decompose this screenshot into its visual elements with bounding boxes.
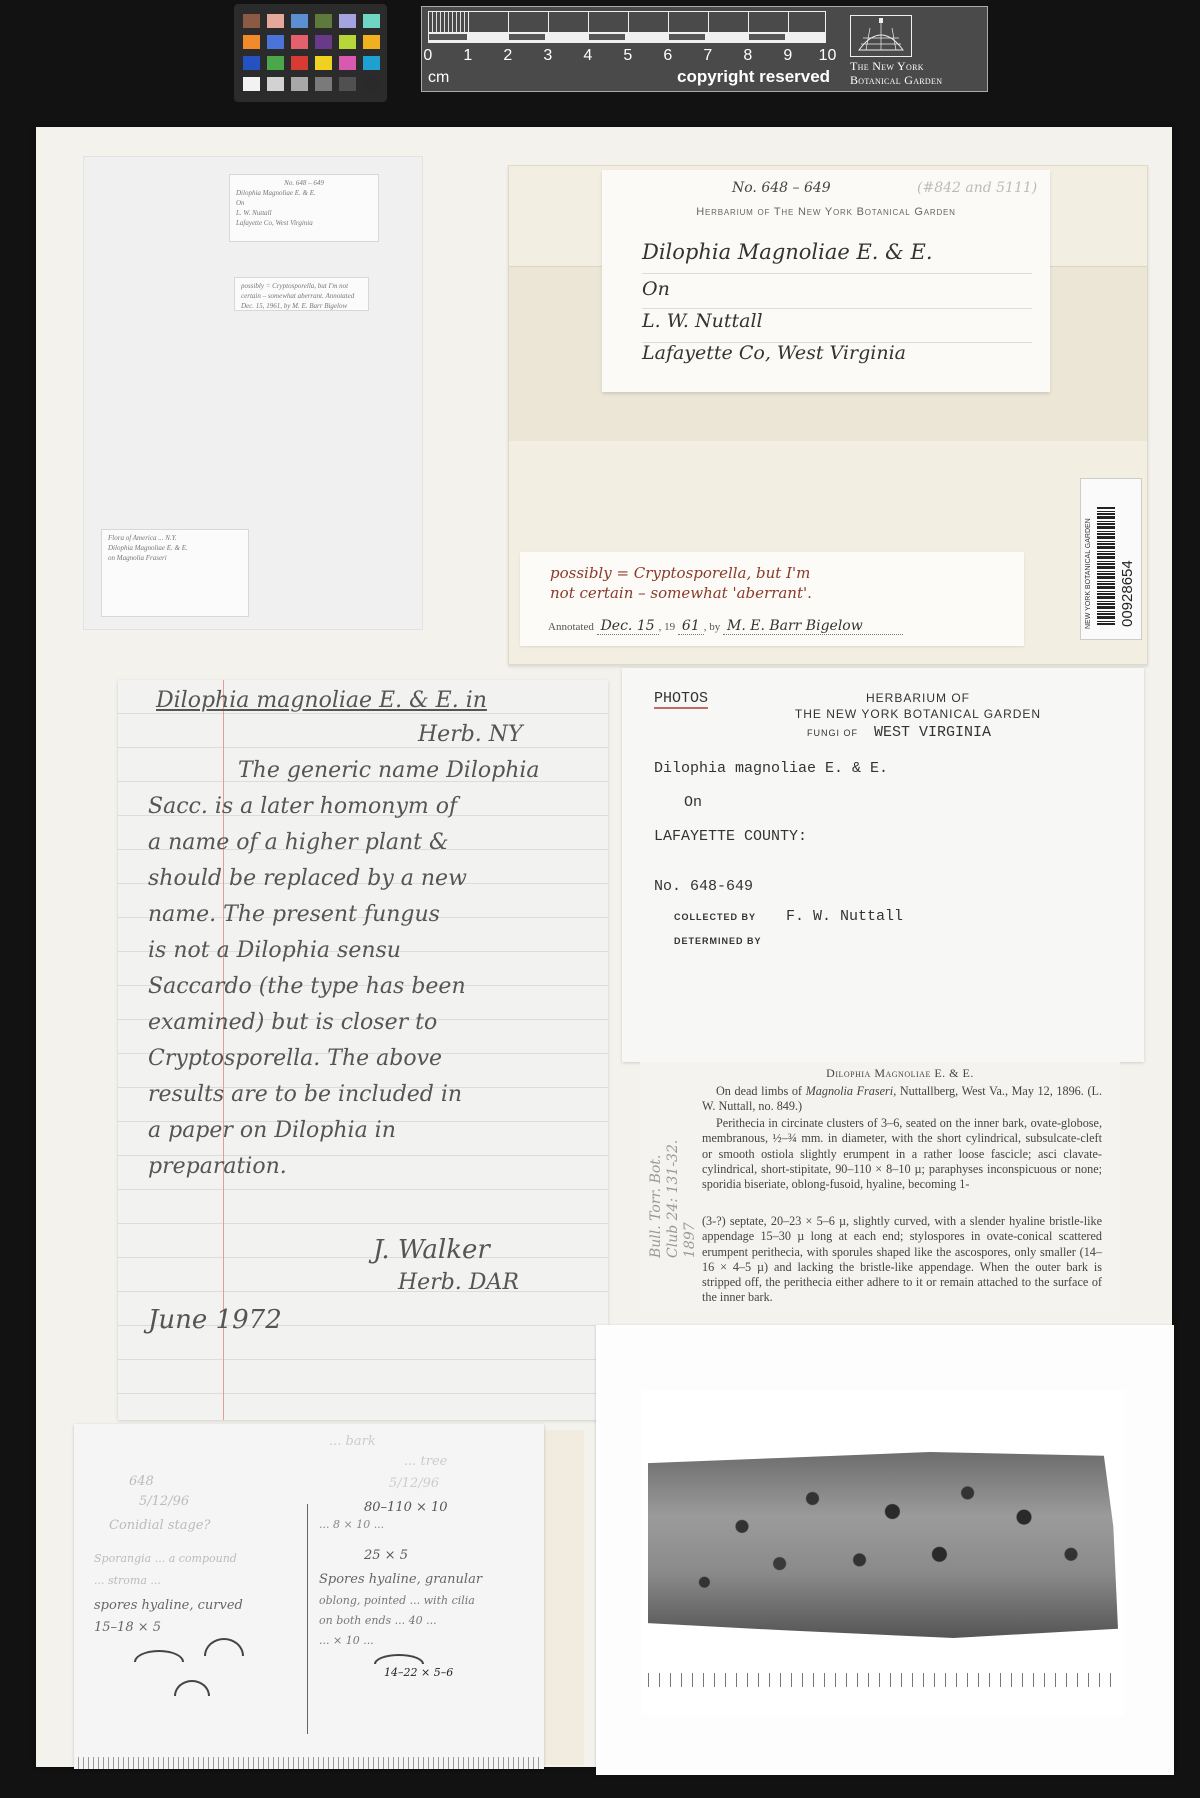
color-swatch — [315, 77, 332, 91]
packet-label: No. 648 – 649 (#842 and 5111) Herbarium … — [602, 170, 1050, 392]
color-swatch — [363, 77, 380, 91]
collection-number-typed: No. 648-649 — [654, 878, 753, 895]
color-swatch — [339, 77, 356, 91]
substrate-on-typed: On — [684, 794, 702, 811]
color-swatch — [267, 56, 284, 70]
packet-photo: No. 648 – 649 Dilophia Magnoliae E. & E.… — [83, 156, 423, 630]
signature: J. Walker — [373, 1235, 490, 1265]
color-swatch — [267, 35, 284, 49]
barcode-org: NEW YORK BOTANICAL GARDEN — [1085, 518, 1092, 629]
color-swatch — [267, 14, 284, 28]
annotation-year: 61 — [678, 618, 704, 635]
handwritten-note: Dilophia magnoliae E. & E. in Herb. NY T… — [118, 680, 608, 1420]
annotation-footer: Annotated Dec. 15, 19 61, by M. E. Barr … — [548, 618, 903, 634]
institution-name: The New York Botanical Garden — [850, 59, 942, 87]
fungi-of-label: FUNGI OF — [807, 728, 858, 738]
bark-specimen-photo — [642, 1390, 1124, 1715]
bark-image — [648, 1452, 1118, 1638]
annotation-line-2: not certain – somewhat 'aberrant'. — [550, 584, 812, 602]
state-name: WEST VIRGINIA — [874, 724, 991, 741]
color-swatch — [339, 35, 356, 49]
color-swatch — [291, 56, 308, 70]
annotation-line-1: possibly = Cryptosporella, but I'm — [550, 564, 810, 582]
color-swatch — [363, 56, 380, 70]
substrate-on: On — [642, 278, 670, 300]
color-swatch — [243, 14, 260, 28]
color-swatch — [315, 14, 332, 28]
color-swatch — [291, 77, 308, 91]
description-title: Dilophia Magnoliae E. & E. — [700, 1066, 1100, 1081]
scale-ruler: 0 1 2 3 4 5 6 7 8 9 10 cm copyright rese… — [421, 6, 988, 92]
color-swatch — [243, 56, 260, 70]
collection-number-alt: (#842 and 5111) — [917, 180, 1037, 196]
published-description: Bull. Torr. Bot. Club 24: 131-32. 1897 D… — [640, 1062, 1120, 1312]
ruler-bar — [428, 11, 826, 43]
photo-scale-bar — [78, 1757, 540, 1769]
locality: Lafayette Co, West Virginia — [642, 342, 906, 364]
color-swatch — [243, 35, 260, 49]
barcode-number: 00928654 — [1119, 560, 1136, 627]
barcode-label: NEW YORK BOTANICAL GARDEN 00928654 — [1080, 478, 1142, 640]
mini-bottom-label: Flora of America ... N.Y. Dilophia Magno… — [101, 529, 249, 617]
color-swatch — [315, 35, 332, 49]
county: LAFAYETTE COUNTY: — [654, 828, 807, 845]
collected-by-label: COLLECTED BY — [674, 912, 756, 922]
description-para-1: On dead limbs of Magnolia Fraseri, Nutta… — [702, 1084, 1102, 1115]
color-swatch — [291, 14, 308, 28]
citation-handnote: Bull. Torr. Bot. Club 24: 131-32. 1897 — [648, 1140, 699, 1258]
signature-affiliation: Herb. DAR — [398, 1270, 519, 1295]
collector-typed: F. W. Nuttall — [786, 908, 903, 925]
color-swatch — [291, 35, 308, 49]
herbarium-header: HERBARIUM OF THE NEW YORK BOTANICAL GARD… — [622, 690, 1144, 722]
determined-by-label: DETERMINED BY — [674, 936, 762, 946]
color-swatch — [339, 14, 356, 28]
color-swatch — [339, 56, 356, 70]
annotator-name: M. E. Barr Bigelow — [723, 618, 903, 635]
species-name-typed: Dilophia magnoliae E. & E. — [654, 760, 888, 777]
ruler-unit: cm — [428, 69, 449, 87]
color-swatch — [363, 14, 380, 28]
color-swatch — [267, 77, 284, 91]
collection-number: No. 648 – 649 — [732, 180, 831, 196]
species-name: Dilophia Magnoliae E. & E. — [642, 240, 933, 264]
label-header: Herbarium of The New York Botanical Gard… — [602, 206, 1050, 218]
ruler-numbers: 0 1 2 3 4 5 6 7 8 9 10 — [426, 47, 836, 67]
typed-determination-label: PHOTOS HERBARIUM OF THE NEW YORK BOTANIC… — [622, 668, 1144, 1062]
color-swatch — [363, 35, 380, 49]
annotation-date: Dec. 15 — [597, 618, 659, 635]
photo-scale-ticks — [648, 1673, 1118, 1687]
color-swatch — [243, 77, 260, 91]
mini-annotation-label: possibly = Cryptosporella, but I'm not c… — [234, 277, 369, 311]
collector-name: L. W. Nuttall — [642, 310, 763, 332]
barcode-icon — [1097, 507, 1115, 625]
drawings-photo: 648 5/12/96 Conidial stage? Sporangia ..… — [74, 1424, 544, 1769]
description-para-3: (3-?) septate, 20–23 × 5–6 µ, slightly c… — [702, 1214, 1102, 1306]
annotation-label: possibly = Cryptosporella, but I'm not c… — [520, 552, 1024, 646]
color-checker — [234, 4, 387, 102]
letter-date: June 1972 — [148, 1305, 282, 1335]
conservatory-dome-icon — [850, 15, 912, 57]
description-para-2: Perithecia in circinate clusters of 3–6,… — [702, 1116, 1102, 1192]
copyright-text: copyright reserved — [677, 67, 830, 87]
color-swatch — [315, 56, 332, 70]
spore-measurement: 14–22 × 5–6 — [384, 1666, 453, 1679]
mini-packet-label: No. 648 – 649 Dilophia Magnoliae E. & E.… — [229, 174, 379, 242]
